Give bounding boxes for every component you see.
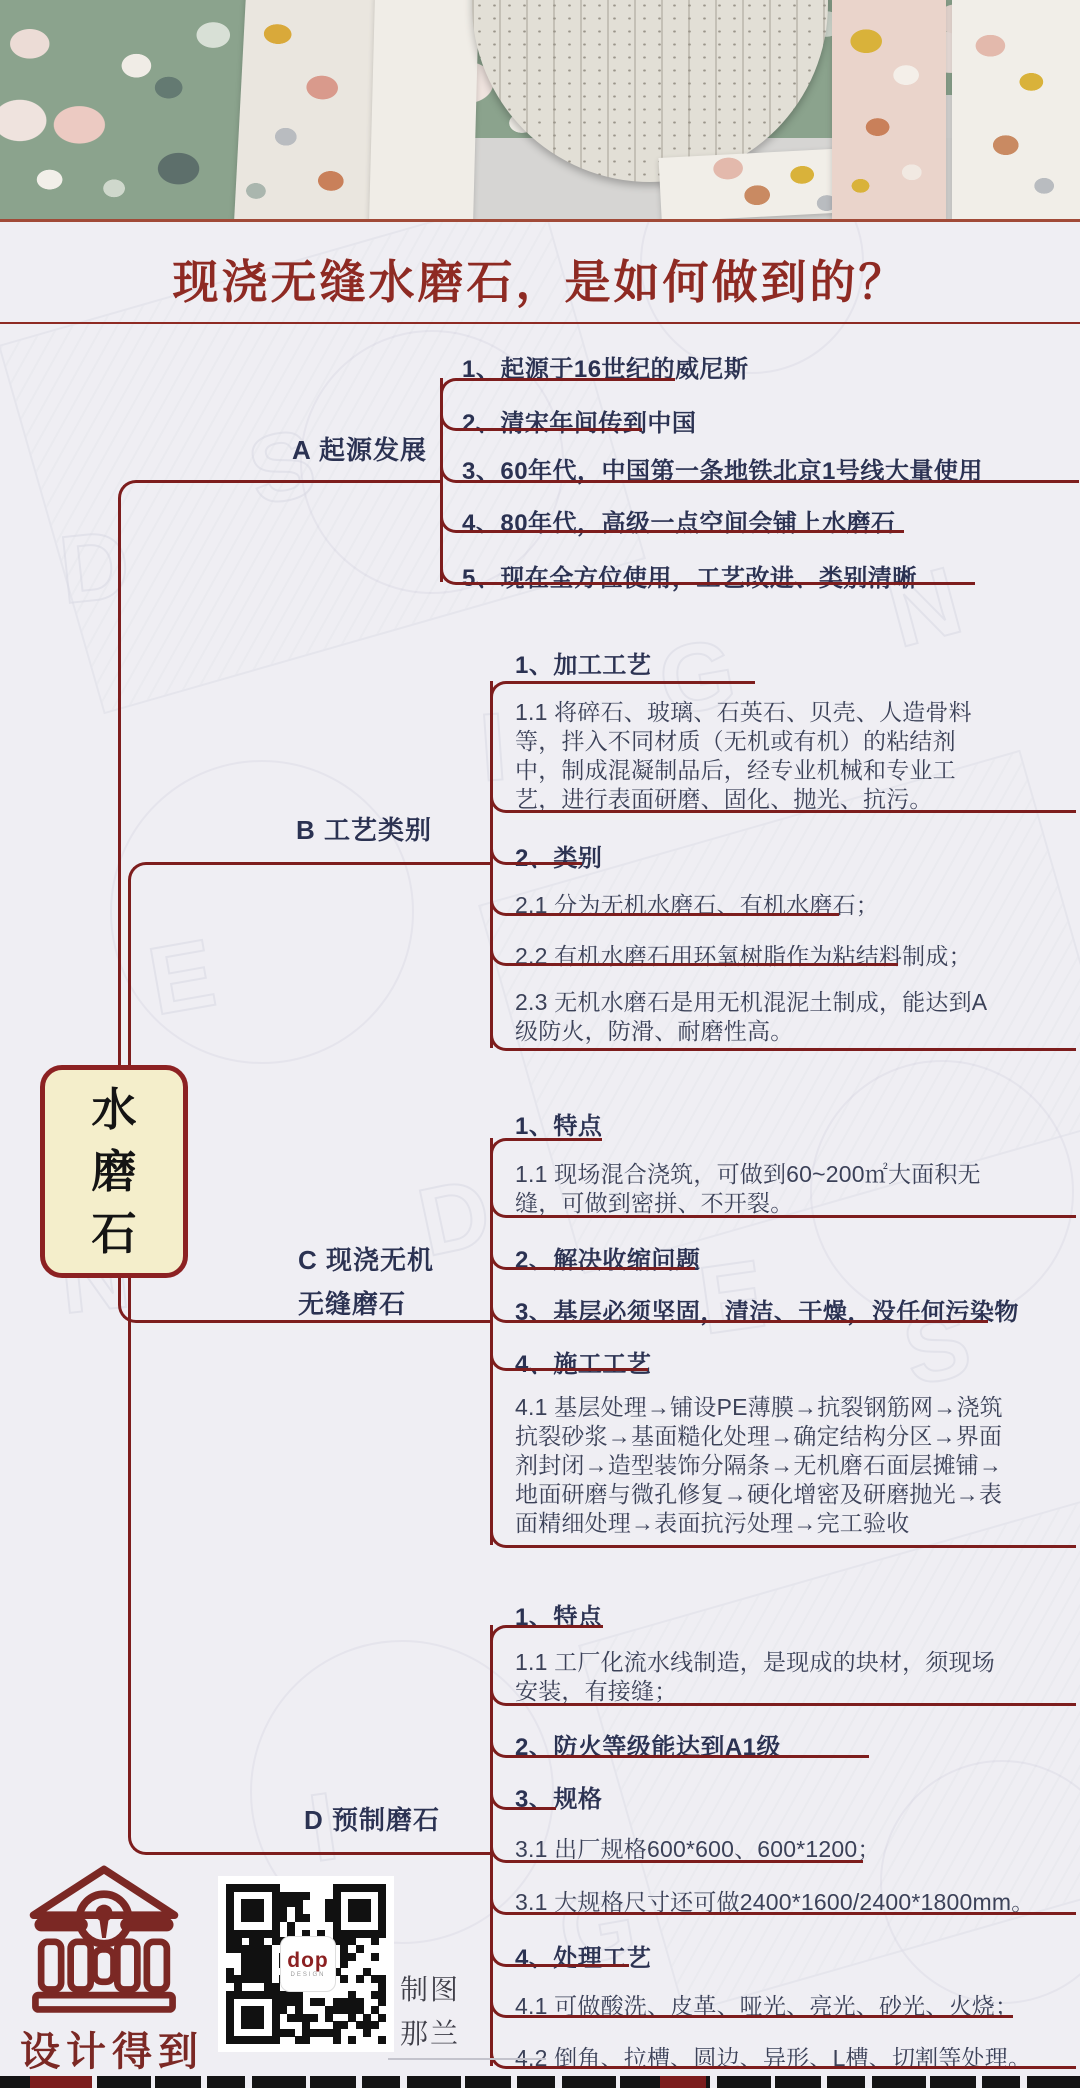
item-underline-B4 [490, 893, 839, 916]
qr-module [256, 2021, 264, 2029]
item-underline-D3 [490, 1735, 869, 1758]
qr-module [363, 2029, 371, 2037]
credit-role: 制图 [400, 1968, 460, 2008]
terrazzo-white-slab-1 [234, 0, 381, 219]
item-underline-D4 [490, 1787, 556, 1810]
qr-module [310, 2014, 318, 2022]
item-underline-D7 [490, 1944, 629, 1967]
item-underline-C4 [490, 1300, 988, 1323]
item-underline-A2 [440, 408, 642, 431]
item-underline-A1 [440, 378, 675, 401]
branch-label-D: D 预制磨石 [304, 1800, 440, 1837]
qr-module [371, 1953, 379, 1961]
item-underline-D9 [490, 2046, 1076, 2069]
terrazzo-pink-slab [832, 0, 946, 219]
central-node-char: 水 [91, 1079, 136, 1141]
item-underline-D8 [490, 1995, 1013, 2018]
item-underline-B3 [490, 842, 582, 865]
item-underline-C3 [490, 1247, 695, 1270]
terrazzo-photo-banner [0, 0, 1080, 219]
qr-module [348, 1953, 356, 1961]
qr-center-logo: dop DESIGN [280, 1936, 336, 1992]
central-node-terrazzo: 水磨石 [40, 1065, 188, 1278]
item-underline-C1 [490, 1138, 602, 1161]
qr-module [340, 1975, 348, 1983]
qr-module [302, 2036, 310, 2044]
watermark-circle-5 [880, 1760, 1080, 2004]
brand-building-icon [16, 1858, 192, 2023]
central-node-char: 石 [91, 1203, 136, 1265]
branch-connector-D [128, 1278, 493, 1855]
qr-module [371, 1937, 379, 1945]
item-underline-D2 [490, 1683, 1076, 1706]
credit-underline [388, 2058, 546, 2060]
qr-module [302, 1892, 310, 1900]
qr-module [333, 2036, 341, 2044]
item-underline-D1 [490, 1625, 603, 1648]
qr-code: dop DESIGN [218, 1876, 394, 2052]
qr-module [356, 1975, 364, 1983]
qr-module [272, 2036, 280, 2044]
page-title: 现浇无缝水磨石，是如何做到的？ [0, 246, 1080, 312]
watermark-letter-I: I [477, 699, 510, 797]
item-underline-A3 [440, 460, 1079, 483]
qr-module [340, 1960, 348, 1968]
branch-connector-B [128, 862, 493, 1068]
bottom-strip-red-segment-2 [660, 2076, 706, 2088]
terrazzo-green-wall [0, 0, 248, 219]
item-text-B1: 1、加工工艺 [515, 645, 651, 680]
branch-label-A: A 起源发展 [292, 430, 427, 467]
item-underline-D5 [490, 1840, 863, 1863]
qr-module [378, 2036, 386, 2044]
terrazzo-white-slab-right [952, 0, 1080, 219]
qr-module [378, 1998, 386, 2006]
qr-module [348, 2036, 356, 2044]
item-underline-A4 [440, 510, 904, 533]
item-underline-A5 [440, 562, 975, 585]
qr-module [340, 2021, 348, 2029]
bottom-edge-strip [0, 2076, 1080, 2088]
brand-name: 设计得到 [20, 2020, 204, 2077]
qr-module [378, 2014, 386, 2022]
item-underline-C5 [490, 1348, 648, 1371]
item-text-C1: 1、特点 [515, 1106, 602, 1141]
central-node-char: 磨 [91, 1141, 136, 1203]
qr-module [378, 1930, 386, 1938]
qr-module [371, 2021, 379, 2029]
title-divider-line [0, 322, 1080, 324]
credit-name: 那兰 [400, 2012, 460, 2052]
banner-divider-line [0, 219, 1080, 222]
qr-module [256, 1914, 264, 1922]
item-underline-C6 [490, 1525, 1076, 1548]
item-text-C6: 4.1 基层处理→铺设PE薄膜→抗裂钢筋网→浇筑抗裂砂浆→基面糙化处理→确定结构… [515, 1393, 1005, 1538]
terrazzo-white-slab-2 [369, 0, 479, 219]
infographic-page: DESIGNDESIGN 现浇无缝水磨石，是如何做到的？ A 起源发展1、起源于… [0, 0, 1080, 2088]
branch-bracket-B [490, 681, 493, 1048]
branch-label-C: C 现浇无机 [298, 1240, 434, 1277]
qr-logo-text: dop [287, 1950, 328, 1972]
item-underline-B6 [490, 1028, 1076, 1051]
item-underline-B5 [490, 943, 898, 966]
item-underline-C2 [490, 1195, 1076, 1218]
branch-label-B: B 工艺类别 [296, 810, 432, 847]
bottom-strip-red-segment [30, 2076, 92, 2088]
qr-logo-subtext: DESIGN [290, 1972, 325, 1978]
qr-module [363, 1914, 371, 1922]
qr-module [302, 1914, 310, 1922]
item-underline-B2 [490, 790, 1076, 813]
qr-module [356, 1945, 364, 1953]
item-underline-D6 [490, 1892, 1076, 1915]
